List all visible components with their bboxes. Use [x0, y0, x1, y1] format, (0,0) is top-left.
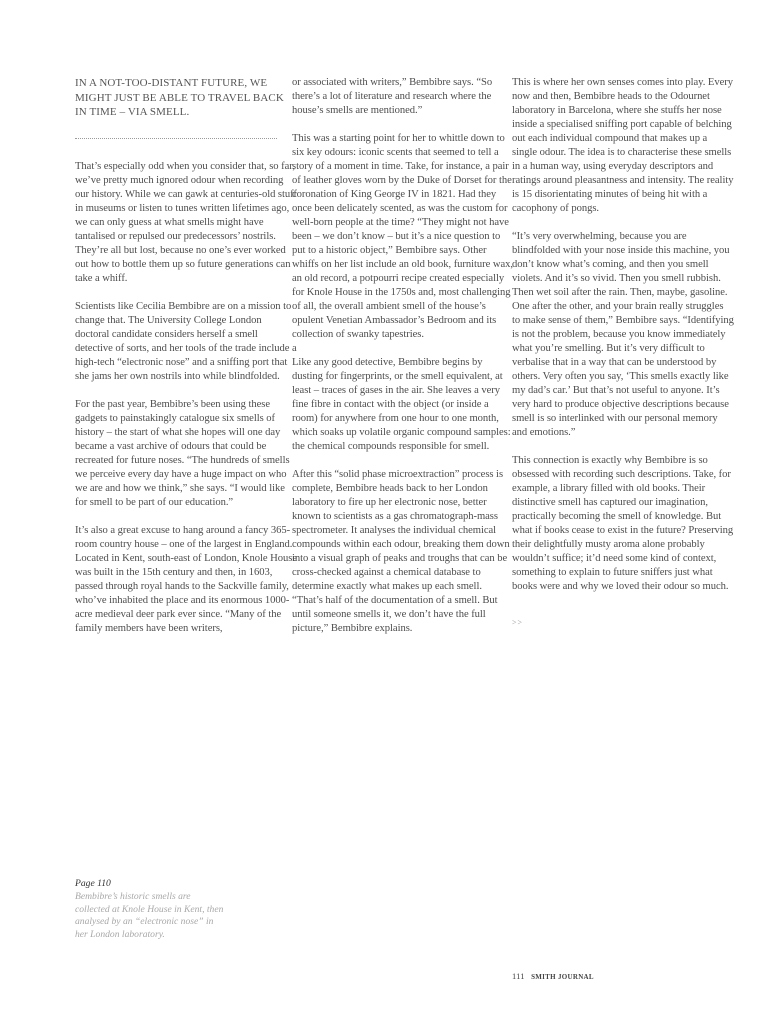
page-number: 111 — [512, 971, 525, 981]
body-paragraph: “It’s very overwhelming, because you are… — [512, 230, 734, 440]
caption-page-label: Page 110 — [75, 878, 225, 891]
article-column-2: or associated with writers,” Bembibre sa… — [292, 76, 514, 650]
caption-text: Bembibre’s historic smells are collected… — [75, 891, 225, 942]
body-paragraph: This connection is exactly why Bembibre … — [512, 454, 734, 594]
article-column-1: In a not-too-distant future, we might ju… — [75, 76, 297, 650]
body-paragraph: That’s especially odd when you consider … — [75, 160, 297, 286]
body-paragraph: This was a starting point for her to whi… — [292, 132, 514, 342]
standfirst: In a not-too-distant future, we might ju… — [75, 76, 297, 120]
body-paragraph: After this “solid phase microextraction”… — [292, 468, 514, 636]
body-paragraph: For the past year, Bembibre’s been using… — [75, 398, 297, 510]
article-column-3: This is where her own senses comes into … — [512, 76, 734, 630]
page-folio: 111 SMITH JOURNAL — [512, 971, 594, 981]
body-paragraph: Like any good detective, Bembibre begins… — [292, 356, 514, 454]
continue-arrow-icon: >> — [512, 616, 734, 630]
dotted-divider — [75, 138, 277, 140]
publication-name: SMITH JOURNAL — [531, 973, 594, 981]
body-paragraph: It’s also a great excuse to hang around … — [75, 524, 297, 636]
body-paragraph: or associated with writers,” Bembibre sa… — [292, 76, 514, 118]
image-caption: Page 110 Bembibre’s historic smells are … — [75, 878, 225, 942]
body-paragraph: Scientists like Cecilia Bembibre are on … — [75, 300, 297, 384]
body-paragraph: This is where her own senses comes into … — [512, 76, 734, 216]
